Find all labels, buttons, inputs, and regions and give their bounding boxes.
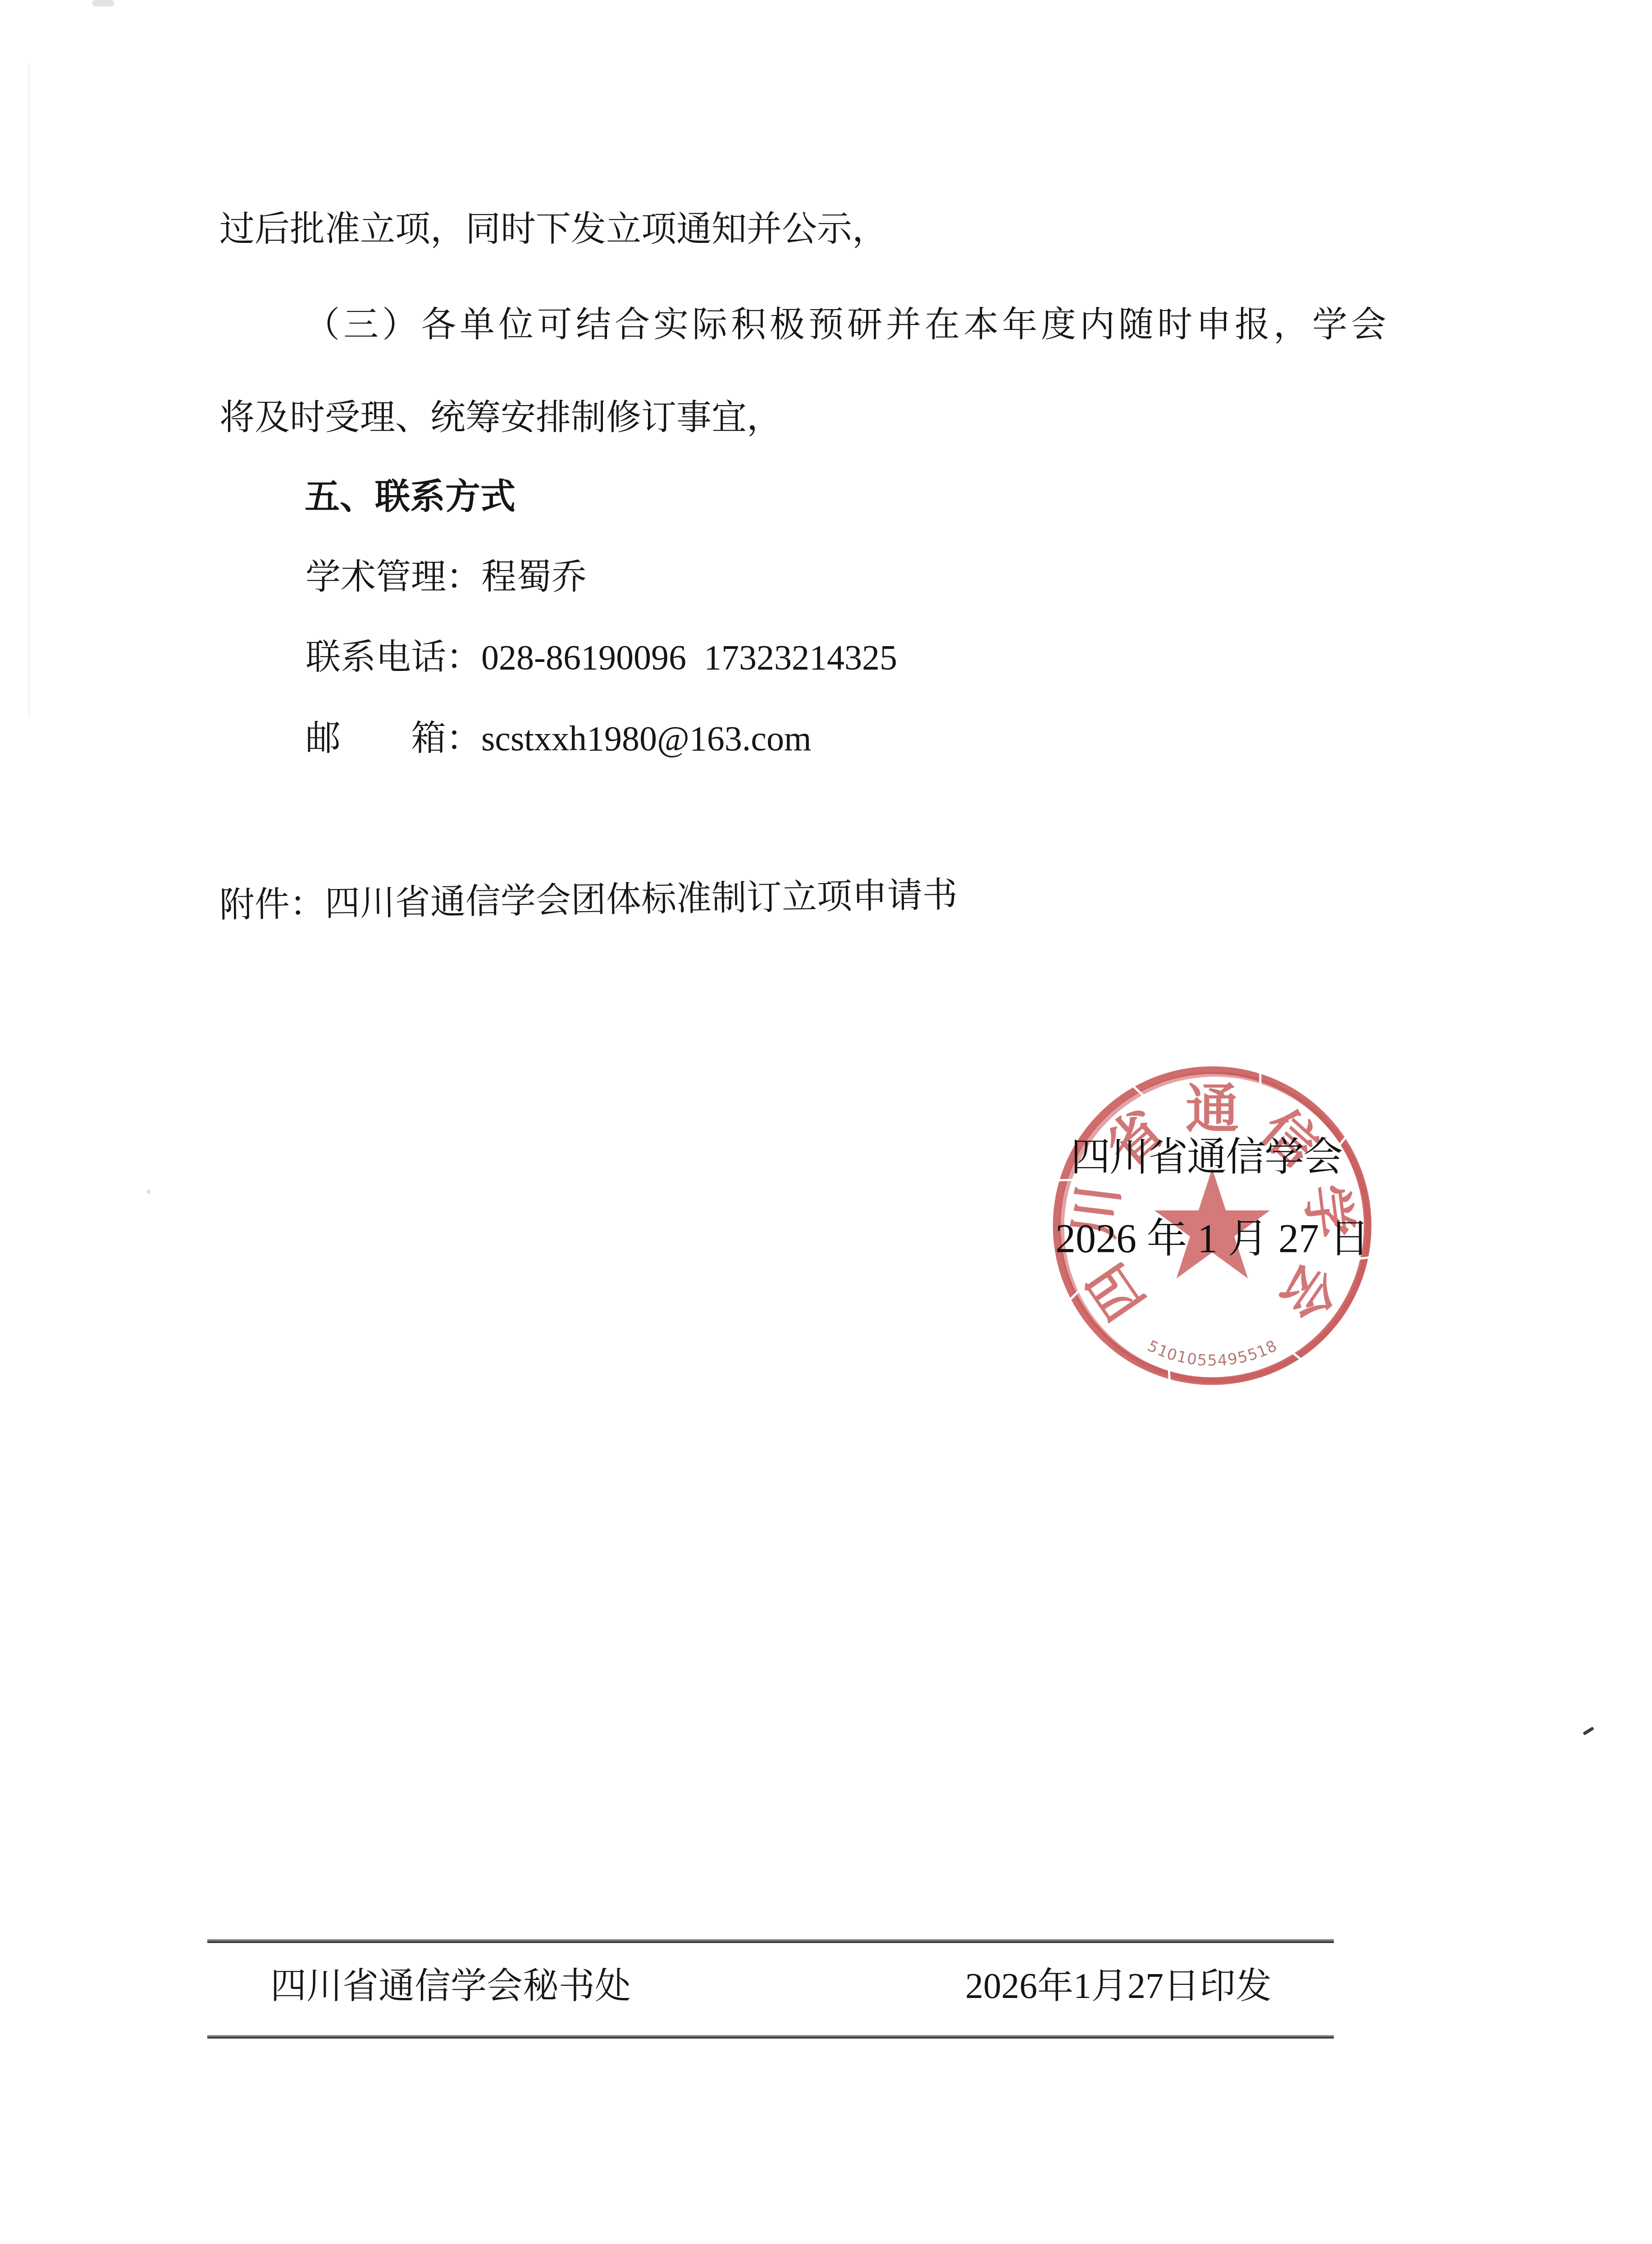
contact-phone-line: 联系电话：028-86190096 17323214325 bbox=[306, 640, 897, 675]
attachment-line: 附件：四川省通信学会团体标准制订立项申请书 bbox=[219, 877, 958, 923]
seal-serial-digit: 4 bbox=[1217, 1351, 1228, 1370]
paragraph-line-2: （三）各单位可结合实际积极预研并在本年度内随时申报，学会 bbox=[305, 307, 1390, 342]
seal-serial-digit: 5 bbox=[1207, 1352, 1217, 1370]
contact-email-line: 邮 箱：scstxxh1980@163.com bbox=[306, 721, 812, 756]
seal-ring-char: 通 bbox=[1186, 1080, 1239, 1139]
seal-overlay-date: 2026 年 1 月 27 日 bbox=[1055, 1219, 1370, 1259]
seal-serial-digit: 5 bbox=[1196, 1351, 1208, 1370]
footer-rule-top bbox=[207, 1939, 1334, 1943]
footer-issuer: 四川省通信学会秘书处 bbox=[270, 1968, 631, 2004]
contact-person-line: 学术管理：程蜀乔 bbox=[306, 560, 587, 595]
ink-speck-artifact bbox=[1583, 1727, 1594, 1736]
scanner-streak-artifact bbox=[28, 63, 30, 716]
seal-serial-digit: 0 bbox=[1186, 1350, 1198, 1369]
footer-rule-bottom bbox=[207, 2035, 1334, 2039]
section-heading-contact: 五、联系方式 bbox=[305, 479, 516, 515]
paragraph-line-3: 将及时受理、统筹安排制修订事宜， bbox=[219, 400, 782, 435]
scanned-document-page: 过后批准立项，同时下发立项通知并公示， （三）各单位可结合实际积极预研并在本年度… bbox=[0, 0, 1652, 2244]
seal-overlay-organization: 四川省通信学会 bbox=[1071, 1138, 1342, 1177]
faint-dot-artifact bbox=[147, 1190, 150, 1194]
scan-smudge-artifact bbox=[92, 0, 114, 6]
paragraph-line-1: 过后批准立项，同时下发立项通知并公示， bbox=[219, 212, 887, 247]
footer-print-date: 2026年1月27日印发 bbox=[965, 1968, 1272, 2004]
seal-serial-number: 5 1 0 1 0 5 5 4 9 5 5 1 8 bbox=[1145, 1337, 1280, 1370]
